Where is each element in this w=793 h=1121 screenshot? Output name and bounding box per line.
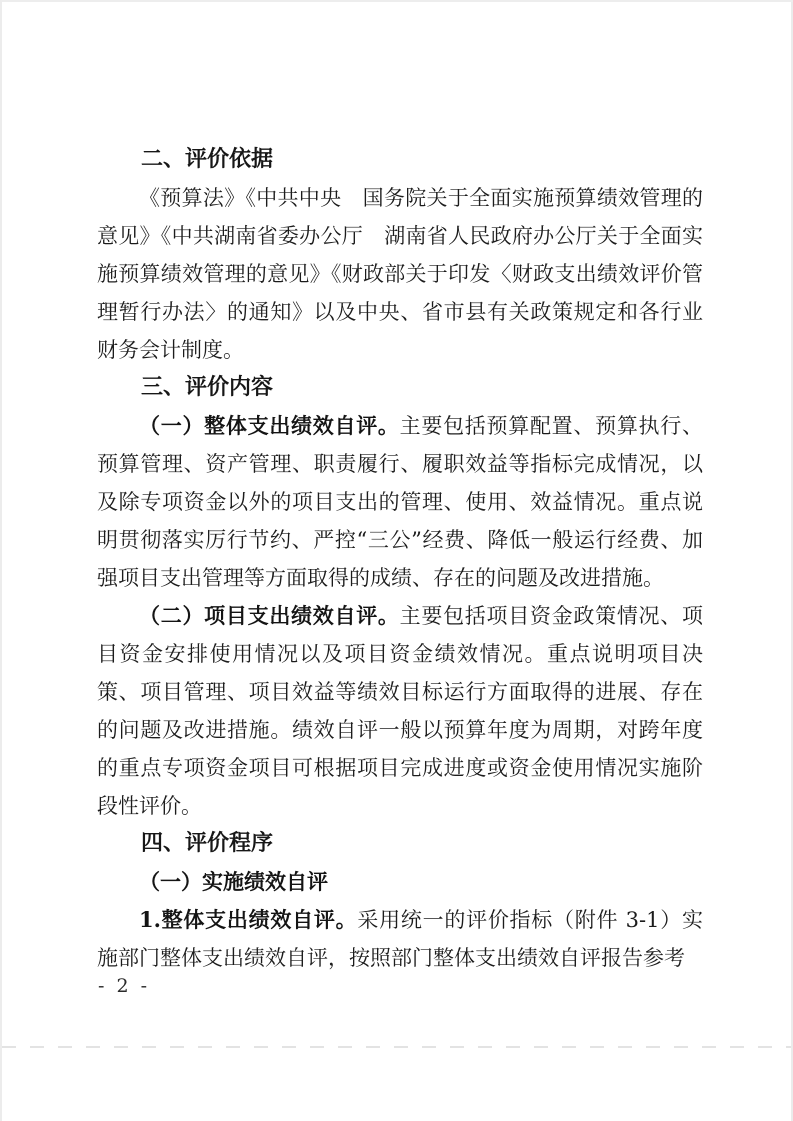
page-number: - 2 -	[98, 973, 150, 999]
paragraph-project-expenditure-text: 主要包括项目资金政策情况、项目资金安排使用情况以及项目资金绩效情况。重点说明项目…	[97, 604, 703, 818]
scan-artifact-line	[2, 1046, 793, 1048]
paragraph-evaluation-basis-text: 《预算法》《中共中央 国务院关于全面实施预算绩效管理的意见》《中共湖南省委办公厅…	[97, 186, 703, 362]
document-page: 二、评价依据 《预算法》《中共中央 国务院关于全面实施预算绩效管理的意见》《中共…	[0, 0, 793, 1121]
heading-evaluation-basis: 二、评价依据	[97, 141, 703, 179]
paragraph-overall-expenditure-lead: （一）整体支出绩效自评。	[139, 413, 400, 438]
paragraph-overall-expenditure-self-evaluation: （一）整体支出绩效自评。主要包括预算配置、预算执行、预算管理、资产管理、职责履行…	[97, 407, 703, 597]
paragraph-project-expenditure-self-evaluation: （二）项目支出绩效自评。主要包括项目资金政策情况、项目资金安排使用情况以及项目资…	[97, 597, 703, 825]
paragraph-overall-self-evaluation-procedure: 1.整体支出绩效自评。采用统一的评价指标（附件 3-1）实施部门整体支出绩效自评…	[97, 901, 703, 977]
subheading-implement-self-evaluation: （一）实施绩效自评	[97, 863, 703, 901]
document-body: 二、评价依据 《预算法》《中共中央 国务院关于全面实施预算绩效管理的意见》《中共…	[97, 141, 703, 977]
heading-evaluation-content: 三、评价内容	[97, 369, 703, 407]
paragraph-overall-expenditure-text: 主要包括预算配置、预算执行、预算管理、资产管理、职责履行、履职效益等指标完成情况…	[97, 414, 703, 590]
paragraph-project-expenditure-lead: （二）项目支出绩效自评。	[139, 603, 400, 628]
heading-evaluation-procedure: 四、评价程序	[97, 825, 703, 863]
paragraph-procedure-lead: 1.整体支出绩效自评。	[139, 907, 357, 932]
paragraph-evaluation-basis: 《预算法》《中共中央 国务院关于全面实施预算绩效管理的意见》《中共湖南省委办公厅…	[97, 179, 703, 369]
